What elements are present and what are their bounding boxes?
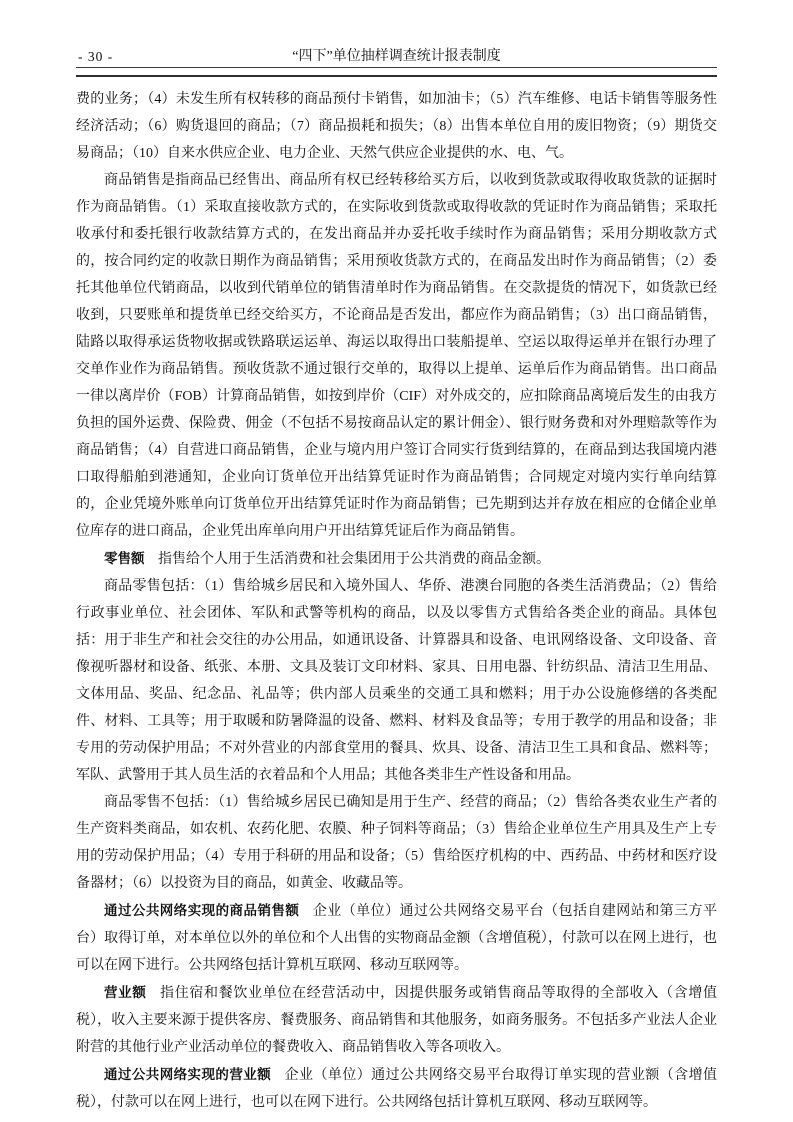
paragraph-text: 费的业务；（4）未发生所有权转移的商品预付卡销售，如加油卡；（5）汽车维修、电话… bbox=[76, 92, 717, 161]
term-label: 通过公共网络实现的商品销售额 bbox=[104, 903, 299, 918]
paragraph: 营业额指住宿和餐饮业单位在经营活动中，因提供服务或销售商品等取得的全部收入（含增… bbox=[76, 979, 717, 1061]
paragraph-text: 商品零售不包括：（1）售给城乡居民已确知是用于生产、经营的商品；（2）售给各类农… bbox=[76, 795, 717, 891]
page-header: - 30 - “四下”单位抽样调查统计报表制度 bbox=[76, 48, 717, 66]
header-rule-thick bbox=[76, 75, 717, 77]
header-title: “四下”单位抽样调查统计报表制度 bbox=[76, 48, 717, 66]
paragraph: 商品销售是指商品已经售出、商品所有权已经转移给买方后，以收到货款或取得收取货款的… bbox=[76, 167, 717, 545]
term-label: 零售额 bbox=[104, 551, 145, 566]
document-page: - 30 - “四下”单位抽样调查统计报表制度 费的业务；（4）未发生所有权转移… bbox=[0, 0, 793, 1122]
header-rule-thin bbox=[76, 67, 717, 68]
paragraph-text: 商品零售包括：（1）售给城乡居民和入境外国人、华侨、港澳台同胞的各类生活消费品；… bbox=[76, 579, 717, 783]
paragraph-text: 商品销售是指商品已经售出、商品所有权已经转移给买方后，以收到货款或取得收取货款的… bbox=[76, 173, 717, 539]
term-label: 通过公共网络实现的营业额 bbox=[104, 1067, 271, 1082]
term-label: 营业额 bbox=[104, 985, 147, 1000]
paragraph: 商品零售不包括：（1）售给城乡居民已确知是用于生产、经营的商品；（2）售给各类农… bbox=[76, 789, 717, 897]
paragraph: 通过公共网络实现的商品销售额企业（单位）通过公共网络交易平台（包括自建网站和第三… bbox=[76, 897, 717, 979]
paragraph-text: 指住宿和餐饮业单位在经营活动中，因提供服务或销售商品等取得的全部收入（含增值税）… bbox=[76, 986, 717, 1055]
paragraph: 零售额指售给个人用于生活消费和社会集团用于公共消费的商品金额。 bbox=[76, 545, 717, 573]
paragraph: 通过公共网络实现的营业额企业（单位）通过公共网络交易平台取得订单实现的营业额（含… bbox=[76, 1061, 717, 1116]
paragraph: 商品零售包括：（1）售给城乡居民和入境外国人、华侨、港澳台同胞的各类生活消费品；… bbox=[76, 573, 717, 789]
document-body: 费的业务；（4）未发生所有权转移的商品预付卡销售，如加油卡；（5）汽车维修、电话… bbox=[76, 86, 717, 1116]
paragraph: 费的业务；（4）未发生所有权转移的商品预付卡销售，如加油卡；（5）汽车维修、电话… bbox=[76, 86, 717, 167]
paragraph-text: 指售给个人用于生活消费和社会集团用于公共消费的商品金额。 bbox=[158, 552, 550, 567]
